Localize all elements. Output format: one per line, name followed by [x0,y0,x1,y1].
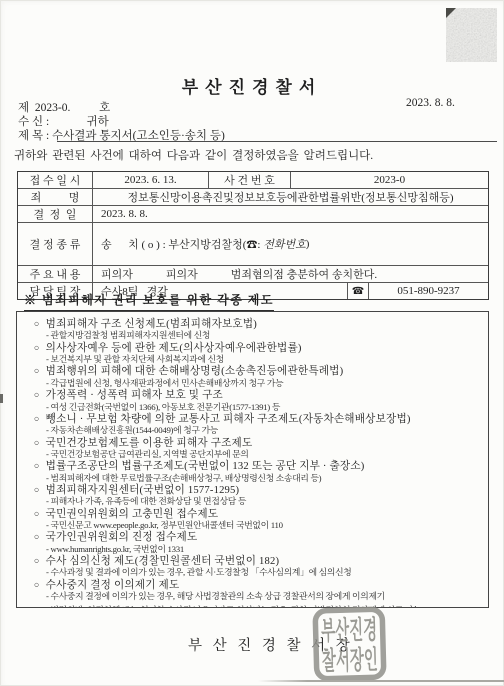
list-item: ○의사상자예우 등에 관한 제도(의사상자예우에관한법률) - 보건복지부 및 … [34,342,482,365]
list-item: ○범죄행위의 피해에 대한 손해배상명령(소송촉진등에관한특례법) - 각급법원… [34,365,482,388]
list-item-sub: - 국민건강보험공단 급여관리실, 지역별 공단지부에 문의 [46,450,482,460]
scan-noise-stamp-area [446,8,497,62]
table-row-decision-type: 결 정 종 류 송 치 ( o ) : 부산지방검찰청(☎: 전화번호) [18,222,488,265]
list-item-title: 범죄행위의 피해에 대한 손해배상명령(소송촉진등에관한특례법) [46,366,344,378]
list-item: ○수사중지 결정 이의제기 제도 - 수사중지 결정에 이의가 있는 경우, 해… [34,579,482,608]
circle-bullet-icon: ○ [34,341,40,353]
victim-protection-list-box: ○범죄피해자 구조 신청제도(범죄피해자보호법) - 관할지방검찰청 범죄피해자… [16,311,489,608]
list-item-sub: - 수사과정 및 결과에 이의가 있는 경우, 관할 시·도경찰청 「수사심의계… [46,568,482,578]
list-item: ○국민건강보험제도를 이용한 피해자 구조제도 - 국민건강보험공단 급여관리실… [34,437,482,460]
table-row-offense: 죄 명 정보통신망이용촉진및정보보호등에관한법률위반(정보통신망침해등) [18,188,488,205]
scan-edge-mark [0,394,3,403]
list-item-sub: - 보건복지부 및 관할 자치단체 사회복지과에 신청 [46,355,482,365]
decision-type-value: 송 치 ( o ) : 부산지방검찰청(☎: 전화번호) [93,223,488,265]
receipt-date-value: 2023. 6. 13. [93,172,208,188]
list-item-sub: - 관할지방검찰청 범죄피해자지원센터에 신청 [46,331,482,341]
list-item-sub: - 범죄피해자에 대한 무료법률구조(손해배상청구, 배상명령신청 소송대리 등… [46,474,482,484]
decision-type-text: 송 치 ( o ) : 부산지방검찰청(☎: [101,236,263,252]
list-item: ○국가인권위원회의 진정 접수제도 - www.humanrights.go.k… [34,531,482,554]
station-title: 부산진경찰서 [0,73,504,98]
receipt-date-label: 접 수 일 시 [18,172,93,188]
list-item-sub: - 여성 긴급전화(국번없이 1366), 아동보호 전문기관(1577-139… [46,403,482,413]
subject-underline [57,141,497,142]
table-row-decision-date: 결 정 일 2023. 8. 8. [18,205,488,222]
offense-value: 정보통신망이용촉진및정보보호등에관한법률위반(정보통신망침해등) [93,189,488,205]
list-item-sub: - 자동차손해배상진흥원(1544-0049)에 청구 가능 [46,426,482,436]
list-item: ○뺑소니 · 무보험 차량에 의한 교통사고 피해자 구조제도(자동차손해배상보… [34,413,482,436]
list-item-sub: - 피해자나 가족, 유족등에 대한 전화상담 및 면접상담 등 [46,497,482,507]
case-info-table: 접 수 일 시 2023. 6. 13. 사 건 번 호 2023-0 죄 명 … [17,171,489,300]
case-number-value: 2023-0 [291,172,488,188]
table-row-main-content: 주 요 내 용 피의자 피의자 범죄혐의점 충분하여 송치한다. [18,265,488,282]
circle-bullet-icon: ○ [34,365,40,377]
case-number-label: 사 건 번 호 [208,172,291,188]
list-item: ○범죄피해자 구조 신청제도(범죄피해자보호법) - 관할지방검찰청 범죄피해자… [34,318,482,341]
decision-type-phone-placeholder: 전화번호 [263,236,306,252]
circle-bullet-icon: ○ [34,318,40,330]
list-item-sub: - 각급법원에 신청, 형사재판과정에서 민사손해배상까지 청구 가능 [46,379,482,389]
circle-bullet-icon: ○ [34,412,40,424]
phone-icon: ☎ [347,283,369,299]
scan-artifact-line [258,680,504,682]
main-content-value: 피의자 피의자 범죄혐의점 충분하여 송치한다. [93,266,488,282]
circle-bullet-icon: ○ [34,389,40,401]
list-item: ○국민권익위원회의 고충민원 접수제도 - 국민신문고 www.epeople.… [34,508,482,531]
decision-date-value: 2023. 8. 8. [93,206,488,222]
scanned-police-notice-document: 부산진경찰서 제 2023-0. 호 2023. 8. 8. 수 신 : 귀하 … [0,0,504,686]
list-item-title: 법률구조공단의 법률구조제도(국번없이 132 또는 공단 지부 · 출장소) [46,461,365,473]
circle-bullet-icon: ○ [34,507,40,519]
circle-bullet-icon: ○ [34,460,40,472]
document-date: 2023. 8. 8. [406,97,455,109]
circle-bullet-icon: ○ [34,436,40,448]
list-item: ○가정폭력 · 성폭력 피해자 보호 및 구조 - 여성 긴급전화(국번없이 1… [34,389,482,412]
intro-sentence: 귀하와 관련된 사건에 대하여 다음과 같이 결정하였음을 알려드립니다. [14,147,373,163]
main-content-label: 주 요 내 용 [18,266,93,282]
list-item: ○수사 심의신청 제도(경찰민원콜센터 국번없이 182) - 수사과정 및 결… [34,555,482,578]
list-item-title: 국가인권위원회의 진정 접수제도 [46,532,198,544]
list-item-title: 가정폭력 · 성폭력 피해자 보호 및 구조 [46,390,223,402]
offense-label: 죄 명 [18,189,93,205]
decision-type-label: 결 정 종 류 [18,223,93,265]
decision-type-closing: ) [306,238,310,250]
circle-bullet-icon: ○ [34,555,40,567]
list-item-sub: - 수사중지 결정에 이의가 있는 경우, 해당 사법경찰관의 소속 상급 경찰… [46,592,482,602]
list-item-sub: - 법령위반, 인권침해 또는 현저한 수사권 남용이라고 의심되는 경우, 관… [46,606,482,608]
list-item: ○범죄피해자지원센터(국번없이 1577-1295) - 피해자나 가족, 유족… [34,484,482,507]
circle-bullet-icon: ○ [34,483,40,495]
circle-bullet-icon: ○ [34,578,40,590]
official-seal-stamp: 부산진경 찰서장인 [311,605,388,683]
manager-phone-number: 051-890-9237 [369,283,488,299]
stamp-text-row2: 찰서장인 [322,644,379,675]
victim-protection-heading: ※ 범죄피해자 권리 보호를 위한 각종 제도 [24,291,274,311]
list-item-sub: - www.humanrights.go.kr, 국번없이 1331 [46,545,482,555]
list-item-sub: - 국민신문고 www.epeople.go.kr, 정부민원안내콜센터 국번없… [46,521,482,531]
list-item: ○법률구조공단의 법률구조제도(국번없이 132 또는 공단 지부 · 출장소)… [34,460,482,483]
decision-date-label: 결 정 일 [18,206,93,222]
stamp-text-row1: 부산진경 [321,614,378,645]
circle-bullet-icon: ○ [34,531,40,543]
table-row-receipt: 접 수 일 시 2023. 6. 13. 사 건 번 호 2023-0 [18,172,488,188]
